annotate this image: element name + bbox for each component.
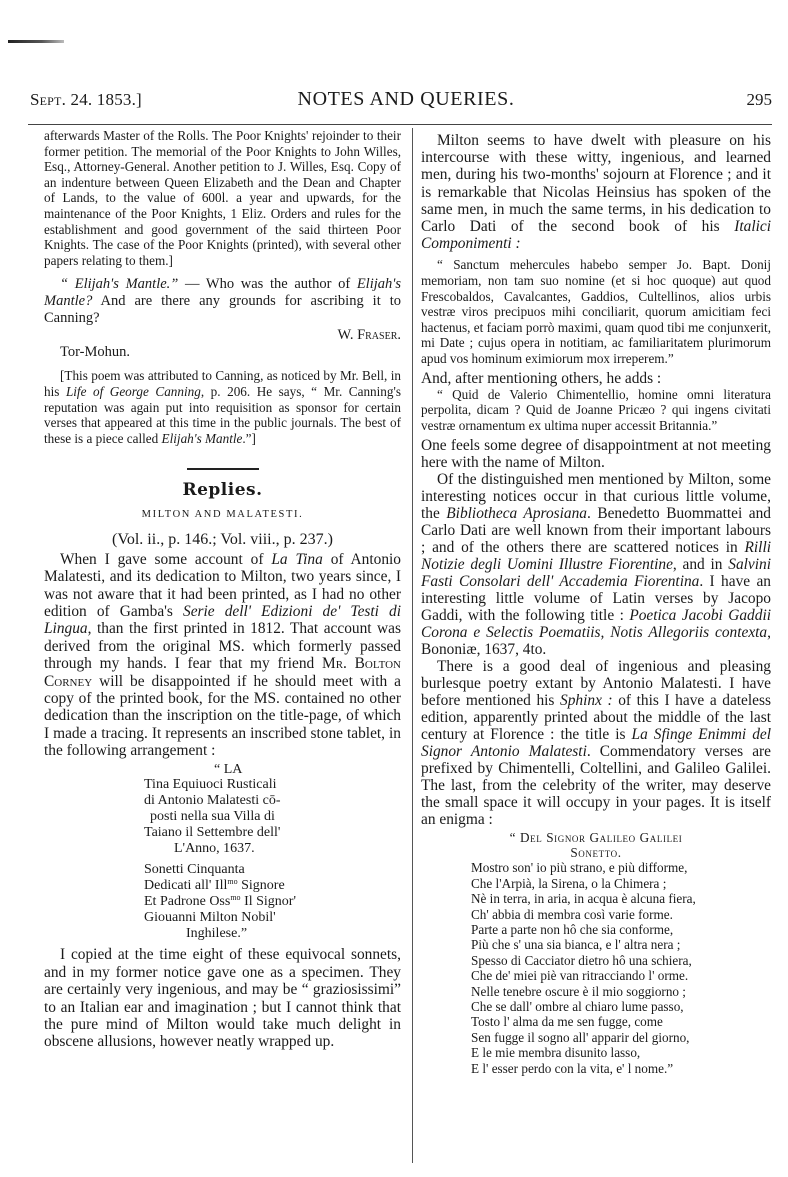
sonnet-line: E le mie membra disunito lasso, <box>421 1045 771 1060</box>
right-column: Milton seems to have dwelt with pleasure… <box>421 128 771 1076</box>
sonnet-line: Che se dall' ombre al chiaro lume passo, <box>421 999 771 1014</box>
title-page-inscription: “ LA Tina Equiuoci Rusticali di Antonio … <box>44 762 401 942</box>
section-divider <box>187 468 259 470</box>
sonnet-line: E l' esser perdo con la vita, e' l nome.… <box>421 1061 771 1076</box>
sonnet-line: Mostro son' io più strano, e più difform… <box>421 860 771 875</box>
body-paragraph: When I gave some account of La Tina of A… <box>44 551 401 760</box>
section-heading-replies: Replies. <box>44 482 401 499</box>
sonnet-subheading: Sonetto. <box>421 845 771 860</box>
sonnet-line: Tosto l' alma da me sen fugge, come <box>421 1014 771 1029</box>
sonnet-line: Che de' miei piè van ritracciando l' orm… <box>421 968 771 983</box>
page-number: 295 <box>747 90 773 110</box>
sonnet-line: Parte a parte non hô che sia conforme, <box>421 922 771 937</box>
sonnet-line: Ch' abbia di membra così varie forme. <box>421 907 771 922</box>
scan-edge-mark <box>8 40 64 43</box>
body-paragraph: There is a good deal of ingenious and pl… <box>421 658 771 828</box>
body-paragraph: Milton seems to have dwelt with pleasure… <box>421 132 771 252</box>
sonnet-line: Che l'Arpià, la Sirena, o la Chimera ; <box>421 876 771 891</box>
body-paragraph: One feels some degree of disappointment … <box>421 437 771 471</box>
query-signature-line: W. Fraser. <box>44 327 401 344</box>
running-header: Sept. 24. 1853.] NOTES AND QUERIES. 295 <box>30 86 772 116</box>
sonnet-line: Nè in terra, in aria, in acqua è alcuna … <box>421 891 771 906</box>
body-paragraph: I copied at the time eight of these equi… <box>44 946 401 1050</box>
column-divider <box>412 128 413 1163</box>
journal-title: NOTES AND QUERIES. <box>30 88 772 111</box>
editor-note: [This poem was attributed to Canning, as… <box>44 368 401 446</box>
query-place: Tor-Mohun. <box>44 344 401 361</box>
query-signature: W. Fraser. <box>337 327 401 344</box>
left-column: afterwards Master of the Rolls. The Poor… <box>44 128 401 1051</box>
galileo-sonnet: “ Del Signor Galileo Galilei Sonetto. Mo… <box>421 830 771 1077</box>
query-title: “ Elijah's Mantle.” <box>60 276 178 292</box>
sonnet-line: Più che s' una sia bianca, e l' altra ne… <box>421 937 771 952</box>
sonnet-line: Spesso di Cacciator dietro hô una schier… <box>421 953 771 968</box>
body-paragraph: Of the distinguished men mentioned by Mi… <box>421 471 771 658</box>
latin-quotation: “ Sanctum mehercules habebo semper Jo. B… <box>421 257 771 366</box>
sonnet-line: Sen fugge il sogno all' apparir del gior… <box>421 1030 771 1045</box>
article-reference: (Vol. ii., p. 146.; Vol. viii., p. 237.) <box>44 532 401 549</box>
latin-quotation: “ Quid de Valerio Chimentellio, homine o… <box>421 387 771 434</box>
body-paragraph: And, after mentioning others, he adds : <box>421 370 771 387</box>
header-rule <box>28 124 772 125</box>
article-title: MILTON AND MALATESTI. <box>44 507 401 524</box>
list-paragraph: afterwards Master of the Rolls. The Poor… <box>44 128 401 268</box>
query-elijahs-mantle: “ Elijah's Mantle.” — Who was the author… <box>44 276 401 326</box>
sonnet-heading: “ Del Signor Galileo Galilei <box>421 830 771 845</box>
sonnet-line: Nelle tenebre oscure è il mio soggiorno … <box>421 984 771 999</box>
